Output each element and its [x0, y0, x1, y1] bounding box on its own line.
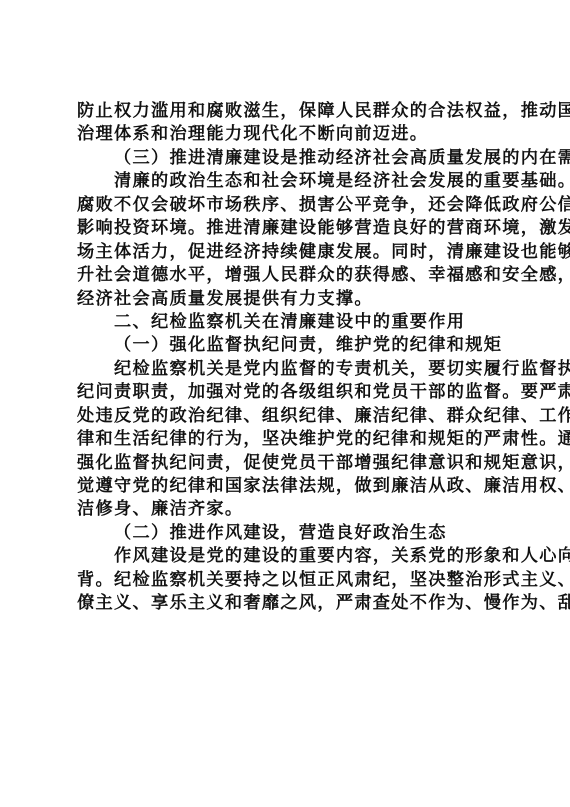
- subheading-1: （一）强化监督执纪问责，维护党的纪律和规矩: [77, 334, 497, 357]
- text-line: 腐败不仅会破坏市场秩序、损害公平竞争，还会降低政府公信力、: [77, 194, 497, 217]
- text-line: 清廉的政治生态和社会环境是经济社会发展的重要基础。: [77, 170, 497, 193]
- text-line: 背。纪检监察机关要持之以恒正风肃纪，坚决整治形式主义、官: [77, 569, 497, 592]
- text-line: 经济社会高质量发展提供有力支撑。: [77, 288, 497, 311]
- text-line: 防止权力滥用和腐败滋生，保障人民群众的合法权益，推动国家: [77, 100, 497, 123]
- text-line: 律和生活纪律的行为，坚决维护党的纪律和规矩的严肃性。通过: [77, 428, 497, 451]
- text-line: 纪检监察机关是党内监督的专责机关，要切实履行监督执: [77, 358, 497, 381]
- text-line: 强化监督执纪问责，促使党员干部增强纪律意识和规矩意识，自: [77, 452, 497, 475]
- text-line: 觉遵守党的纪律和国家法律法规，做到廉洁从政、廉洁用权、廉: [77, 475, 497, 498]
- document-page: 防止权力滥用和腐败滋生，保障人民群众的合法权益，推动国家 治理体系和治理能力现代…: [77, 100, 497, 616]
- subheading-2: （二）推进作风建设，营造良好政治生态: [77, 522, 497, 545]
- section-heading-2: 二、纪检监察机关在清廉建设中的重要作用: [77, 311, 497, 334]
- text-line: 影响投资环境。推进清廉建设能够营造良好的营商环境，激发市: [77, 217, 497, 240]
- text-line: 僚主义、享乐主义和奢靡之风，严肃查处不作为、慢作为、乱作: [77, 592, 497, 615]
- text-line: 作风建设是党的建设的重要内容，关系党的形象和人心向: [77, 545, 497, 568]
- text-line: 纪问责职责，加强对党的各级组织和党员干部的监督。要严肃查: [77, 381, 497, 404]
- subheading-3: （三）推进清廉建设是推动经济社会高质量发展的内在需要: [77, 147, 497, 170]
- text-line: 场主体活力，促进经济持续健康发展。同时，清廉建设也能够提: [77, 241, 497, 264]
- text-line: 治理体系和治理能力现代化不断向前迈进。: [77, 123, 497, 146]
- text-line: 升社会道德水平，增强人民群众的获得感、幸福感和安全感，为: [77, 264, 497, 287]
- text-line: 洁修身、廉洁齐家。: [77, 498, 497, 521]
- text-line: 处违反党的政治纪律、组织纪律、廉洁纪律、群众纪律、工作纪: [77, 405, 497, 428]
